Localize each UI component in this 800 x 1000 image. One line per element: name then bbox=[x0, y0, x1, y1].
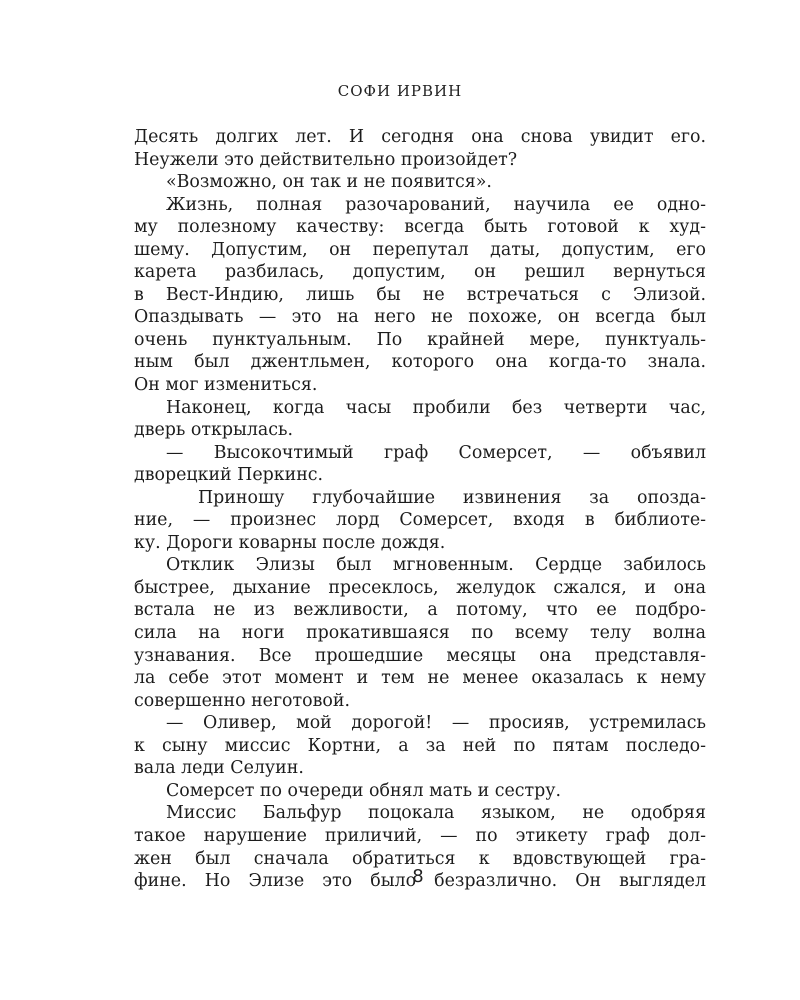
text-line: дверь открылась. bbox=[134, 419, 706, 442]
text-line: Миссис Бальфур поцокала языком, не одобр… bbox=[134, 802, 706, 825]
text-line: ку. Дороги коварны после дождя. bbox=[134, 532, 706, 555]
text-line: Он мог измениться. bbox=[134, 374, 706, 397]
text-line: му полезному качеству: всегда быть готов… bbox=[134, 216, 706, 239]
text-line: узнавания. Все прошедшие месяцы она пред… bbox=[134, 645, 706, 668]
text-line: в Вест-Индию, лишь бы не встречаться с Э… bbox=[134, 284, 706, 307]
text-line: ла себе этот момент и тем не менее оказа… bbox=[134, 667, 706, 690]
text-line: совершенно неготовой. bbox=[134, 690, 706, 713]
text-line: карета разбилась, допустим, он решил вер… bbox=[134, 261, 706, 284]
text-line: встала не из вежливости, а потому, что е… bbox=[134, 599, 706, 622]
text-line: Неужели это действительно произойдет? bbox=[134, 149, 706, 172]
text-line: вала леди Селуин. bbox=[134, 757, 706, 780]
text-line: Жизнь, полная разочарований, научила ее … bbox=[134, 194, 706, 217]
running-head-author: СОФИ ИРВИН bbox=[0, 82, 800, 100]
text-line: дворецкий Перкинс. bbox=[134, 464, 706, 487]
body-text: Десять долгих лет. И сегодня она снова у… bbox=[134, 126, 706, 893]
text-line: быстрее, дыхание пресеклось, желудок сжа… bbox=[134, 577, 706, 600]
text-line: Десять долгих лет. И сегодня она снова у… bbox=[134, 126, 706, 149]
text-line: такое нарушение приличий, — по этикету г… bbox=[134, 825, 706, 848]
text-line: шему. Допустим, он перепутал даты, допус… bbox=[134, 239, 706, 262]
text-line: ным был джентльмен, которого она когда-т… bbox=[134, 351, 706, 374]
text-line: Отклик Элизы был мгновенным. Сердце заби… bbox=[134, 554, 706, 577]
text-line: очень пунктуальным. По крайней мере, пун… bbox=[134, 329, 706, 352]
page-number: 8 bbox=[0, 866, 800, 887]
text-line: Наконец, когда часы пробили без четверти… bbox=[134, 397, 706, 420]
text-line: ние, — произнес лорд Сомерсет, входя в б… bbox=[134, 509, 706, 532]
text-line: Сомерсет по очереди обнял мать и сестру. bbox=[134, 780, 706, 803]
text-line: к сыну миссис Кортни, а за ней по пятам … bbox=[134, 735, 706, 758]
text-line: Приношу глубочайшие извинения за опозда- bbox=[134, 487, 706, 510]
text-line: Опаздывать — это на него не похоже, он в… bbox=[134, 306, 706, 329]
text-line: сила на ноги прокатившаяся по всему телу… bbox=[134, 622, 706, 645]
text-line: — Высокочтимый граф Сомерсет, — объявил bbox=[134, 442, 706, 465]
text-line: — Оливер, мой дорогой! — просияв, устрем… bbox=[134, 712, 706, 735]
text-line: «Возможно, он так и не появится». bbox=[134, 171, 706, 194]
